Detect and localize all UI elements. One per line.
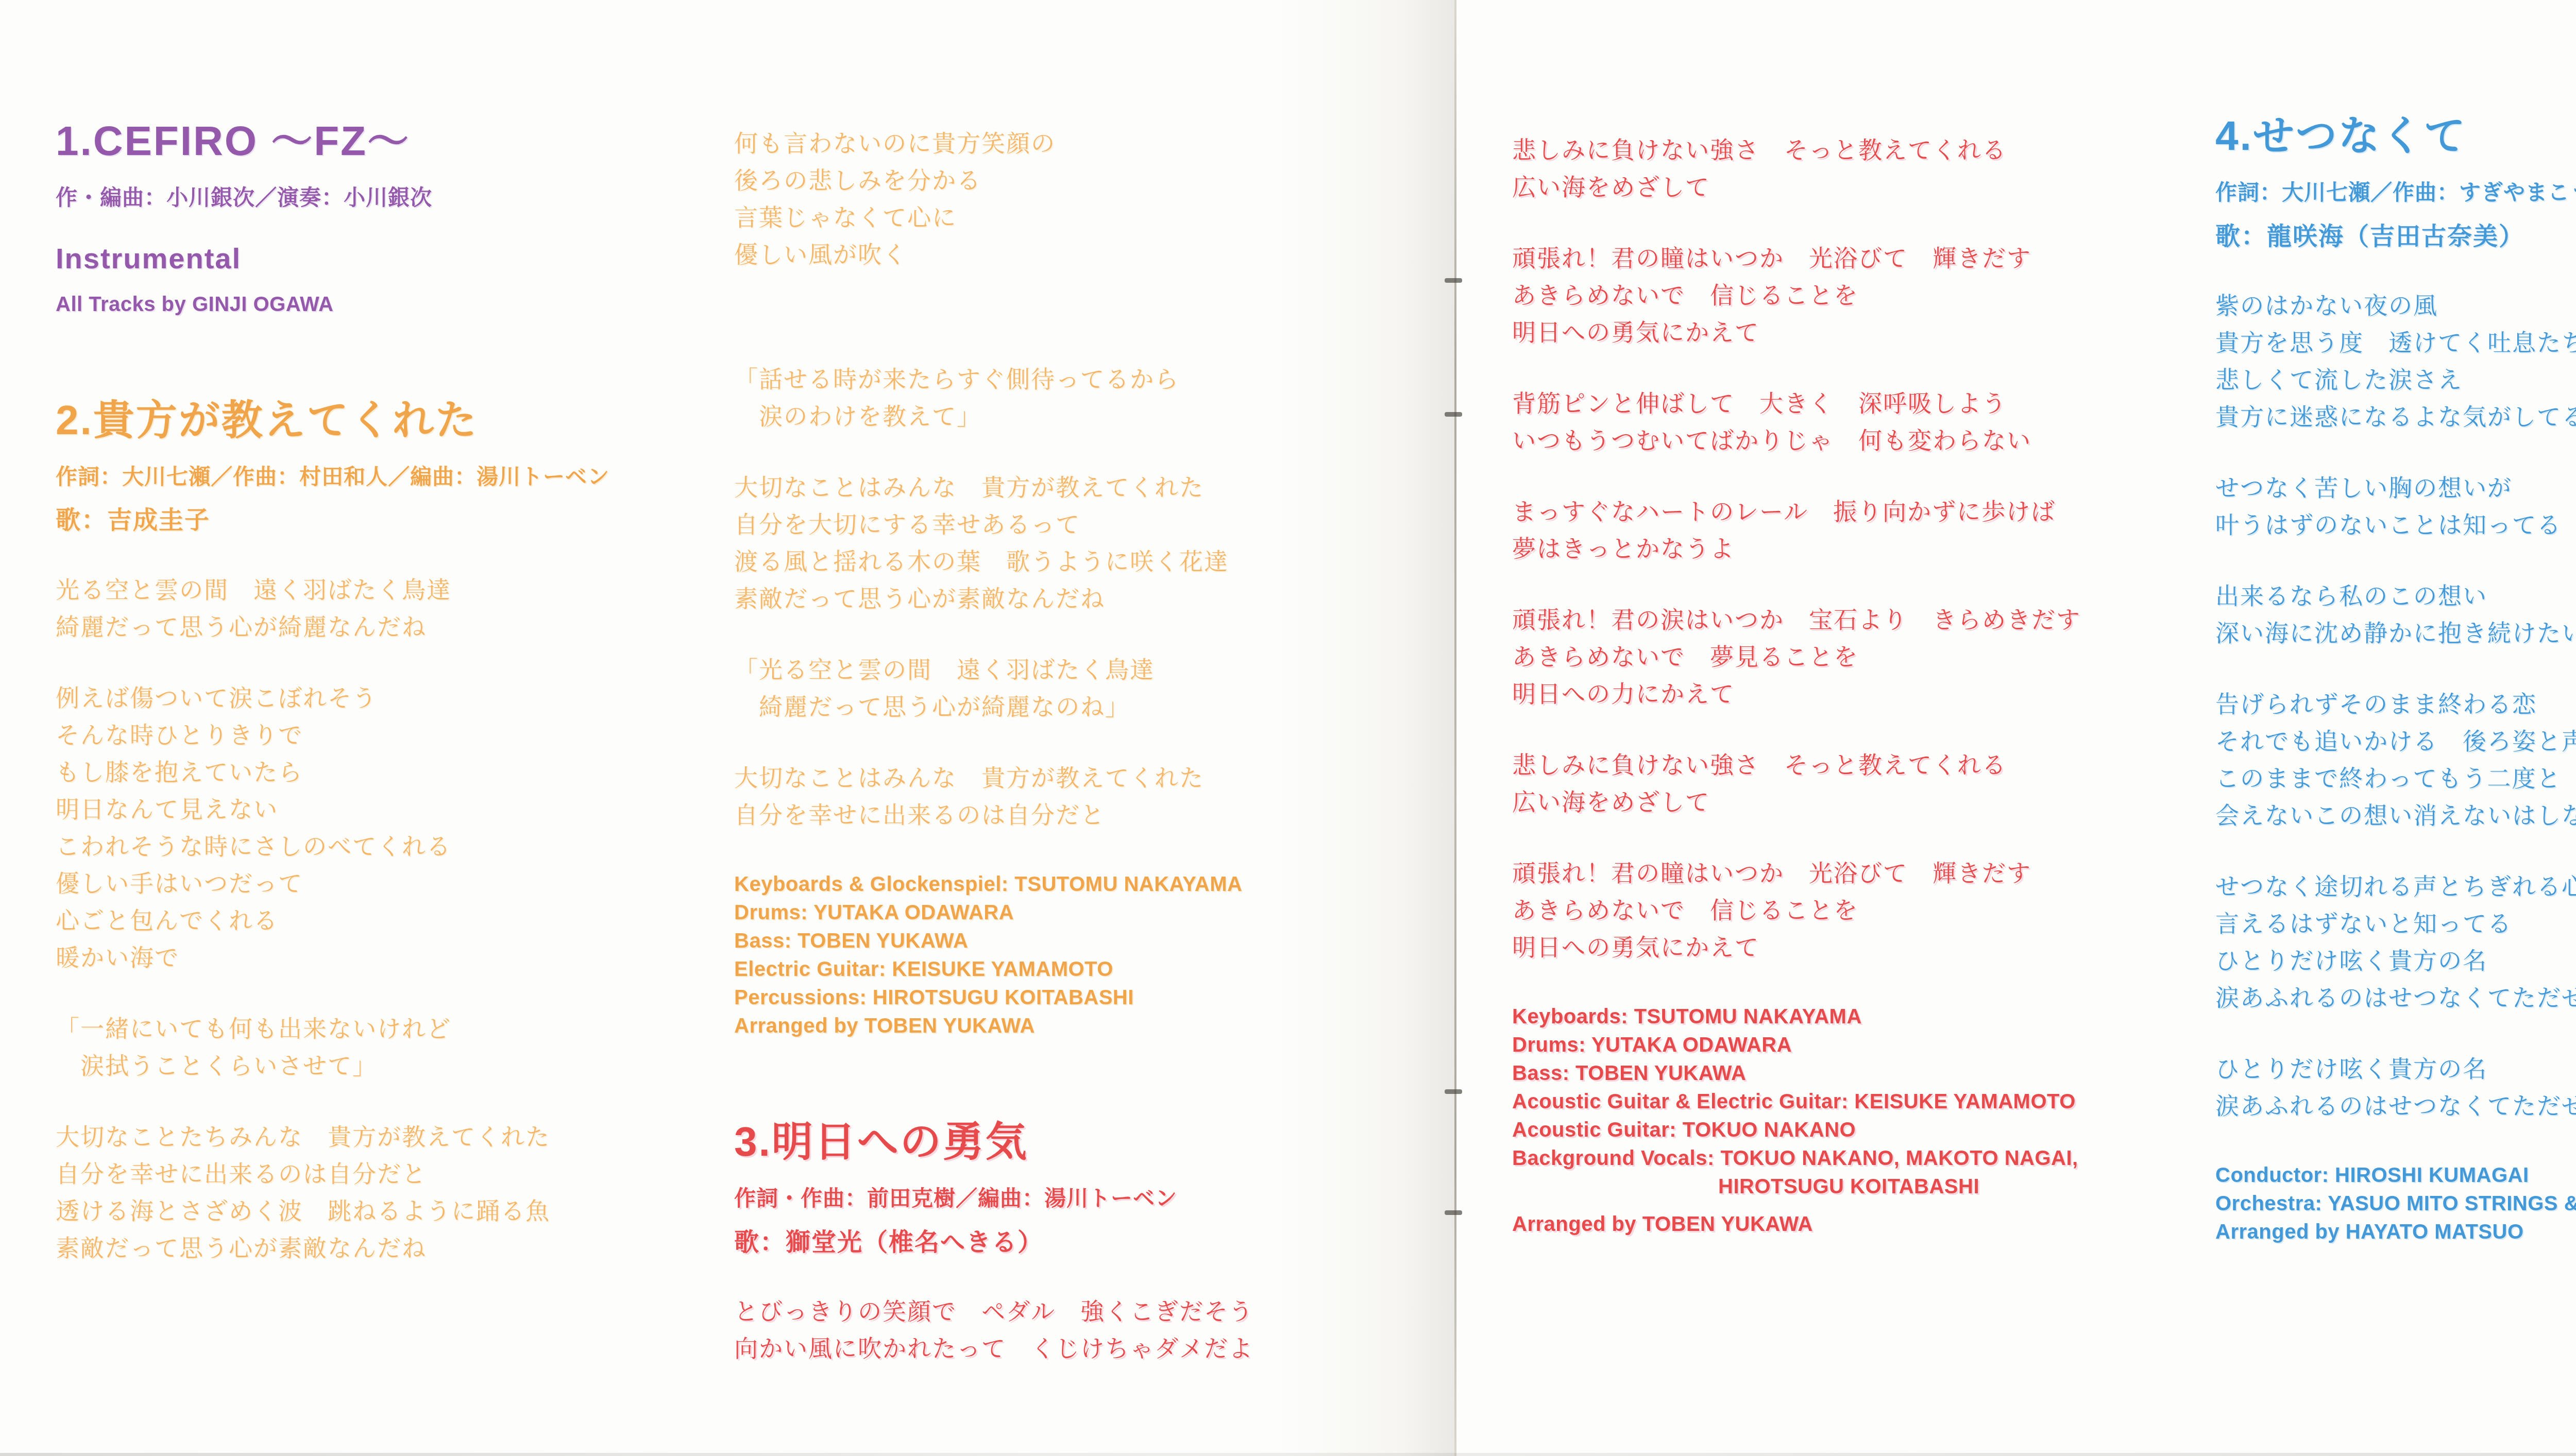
lyric-line: 後ろの悲しみを分かる bbox=[734, 162, 1414, 199]
vocal-credit: 歌：龍咲海（吉田古奈美） bbox=[2215, 221, 2576, 253]
booklet-spread: 1.CEFIRO ～FZ～作・編曲：小川銀次／演奏：小川銀次Instrument… bbox=[0, 0, 2576, 1456]
lyrics-stanza: 何も言わないのに貴方笑顔の後ろの悲しみを分かる言葉じゃなくて心に優しい風が吹く bbox=[734, 125, 1414, 273]
lyrics-stanza: 出来るなら私のこの想い深い海に沈め静かに抱き続けたい bbox=[2215, 577, 2576, 652]
lyric-line: 渡る風と揺れる木の葉 歌うように咲く花達 bbox=[734, 543, 1414, 580]
lyric-line: 紫のはかない夜の風 bbox=[2215, 287, 2576, 324]
musician-credits: Keyboards & Glockenspiel: TSUTOMU NAKAYA… bbox=[734, 870, 1414, 1040]
lyric-line: 頑張れ！君の瞳はいつか 光浴びて 輝きだす bbox=[1512, 854, 2244, 892]
lyric-line: 深い海に沈め静かに抱き続けたい bbox=[2215, 614, 2576, 652]
lyric-line: 自分を幸せに出来るのは自分だと bbox=[56, 1155, 725, 1192]
booklet-fold bbox=[1454, 0, 1456, 1456]
lyrics-stanza: 大切なことたちみんな 貴方が教えてくれた自分を幸せに出来るのは自分だと透ける海と… bbox=[56, 1118, 725, 1266]
lyrics-stanza: 頑張れ！君の瞳はいつか 光浴びて 輝きだすあきらめないで 信じることを明日への勇… bbox=[1512, 854, 2244, 966]
lyric-line: 光る空と雲の間 遠く羽ばたく鳥達 bbox=[56, 571, 725, 608]
credit-line: Percussions: HIROTSUGU KOITABASHI bbox=[734, 984, 1414, 1012]
lyrics-column-4: 4.せつなくて作詞：大川七瀬／作曲：すぎやまこういち／編曲：松尾早人歌：龍咲海（… bbox=[2215, 109, 2576, 1246]
lyric-line: それでも追いかける 後ろ姿と声 bbox=[2215, 723, 2576, 760]
lyric-line: 透ける海とさざめく波 跳ねるように踊る魚 bbox=[56, 1192, 725, 1229]
lyric-line: 広い海をめざして bbox=[1512, 168, 2244, 205]
lyrics-stanza: 「一緒にいても何も出来ないけれど 涙拭うことくらいさせて」 bbox=[56, 1010, 725, 1084]
lyric-line: このままで終わってもう二度と bbox=[2215, 760, 2576, 797]
lyrics-stanza: 告げられずそのまま終わる恋それでも追いかける 後ろ姿と声このままで終わってもう二… bbox=[2215, 686, 2576, 834]
credit-line: Bass: TOBEN YUKAWA bbox=[1512, 1059, 2244, 1088]
lyric-line: 明日への勇気にかえて bbox=[1512, 929, 2244, 966]
lyrics-stanza: とびっきりの笑顔で ペダル 強くこぎだそう向かい風に吹かれたって くじけちゃダメ… bbox=[734, 1293, 1414, 1367]
credit-line: Keyboards & Glockenspiel: TSUTOMU NAKAYA… bbox=[734, 870, 1414, 899]
lyric-line: 心ごと包んでくれる bbox=[56, 902, 725, 939]
staple-mark bbox=[1445, 1089, 1462, 1094]
lyric-line: あきらめないで 信じることを bbox=[1512, 892, 2244, 929]
lyrics-stanza: せつなく途切れる声とちぎれる心言えるはずないと知ってるひとりだけ呟く貴方の名涙あ… bbox=[2215, 868, 2576, 1016]
credit-line: Arranged by HAYATO MATSUO bbox=[2215, 1218, 2576, 1246]
lyrics-stanza: 紫のはかない夜の風貴方を思う度 透けてく吐息たち悲しくて流した涙さえ貴方に迷惑に… bbox=[2215, 287, 2576, 435]
lyrics-stanza: 頑張れ！君の瞳はいつか 光浴びて 輝きだすあきらめないで 信じることを明日への勇… bbox=[1512, 239, 2244, 351]
lyric-line: 優しい手はいつだって bbox=[56, 865, 725, 902]
song-title: 1.CEFIRO ～FZ～ bbox=[56, 114, 725, 168]
lyric-line: こわれそうな時にさしのべてくれる bbox=[56, 828, 725, 865]
lyric-line: 涙拭うことくらいさせて」 bbox=[56, 1047, 725, 1084]
lyric-line: 明日への力にかえて bbox=[1512, 675, 2244, 712]
lyrics-stanza: 大切なことはみんな 貴方が教えてくれた自分を大切にする幸せあるって渡る風と揺れる… bbox=[734, 469, 1414, 617]
lyric-line: 素敵だって思う心が素敵なんだね bbox=[734, 580, 1414, 617]
lyric-line: 貴方を思う度 透けてく吐息たち bbox=[2215, 324, 2576, 361]
lyric-line: 優しい風が吹く bbox=[734, 236, 1414, 273]
lyric-line: 涙のわけを教えて」 bbox=[734, 398, 1414, 435]
staple-mark bbox=[1445, 278, 1462, 283]
composer-credit: 作詞：大川七瀬／作曲：すぎやまこういち／編曲：松尾早人 bbox=[2215, 178, 2576, 208]
lyrics-stanza: 悲しみに負けない強さ そっと教えてくれる広い海をめざして bbox=[1512, 131, 2244, 205]
lyric-line: 悲しみに負けない強さ そっと教えてくれる bbox=[1512, 131, 2244, 168]
lyrics-stanza: 背筋ピンと伸ばして 大きく 深呼吸しよういつもうつむいてばかりじゃ 何も変わらな… bbox=[1512, 385, 2244, 459]
lyric-line: 向かい風に吹かれたって くじけちゃダメだよ bbox=[734, 1330, 1414, 1367]
composer-credit: 作詞：大川七瀬／作曲：村田和人／編曲：湯川トーベン bbox=[56, 463, 725, 492]
lyric-line: とびっきりの笑顔で ペダル 強くこぎだそう bbox=[734, 1293, 1414, 1330]
song-title: 4.せつなくて bbox=[2215, 109, 2576, 163]
lyric-line: 大切なことはみんな 貴方が教えてくれた bbox=[734, 469, 1414, 506]
lyric-line: 綺麗だって思う心が綺麗なんだね bbox=[56, 608, 725, 645]
lyric-line: 出来るなら私のこの想い bbox=[2215, 577, 2576, 614]
lyric-line: いつもうつむいてばかりじゃ 何も変わらない bbox=[1512, 422, 2244, 459]
lyric-line: 明日なんて見えない bbox=[56, 791, 725, 828]
lyric-line: 「光る空と雲の間 遠く羽ばたく鳥達 bbox=[734, 651, 1414, 688]
lyric-line: ひとりだけ呟く貴方の名 bbox=[2215, 942, 2576, 979]
credit-line: Acoustic Guitar: TOKUO NAKANO bbox=[1512, 1116, 2244, 1144]
lyric-line: 大切なことはみんな 貴方が教えてくれた bbox=[734, 759, 1414, 796]
lyrics-stanza: 例えば傷ついて涙こぼれそうそんな時ひとりきりでもし膝を抱えていたら明日なんて見え… bbox=[56, 679, 725, 976]
lyric-line: もし膝を抱えていたら bbox=[56, 753, 725, 791]
lyric-line: ひとりだけ呟く貴方の名 bbox=[2215, 1050, 2576, 1087]
credit-line: Electric Guitar: KEISUKE YAMAMOTO bbox=[734, 955, 1414, 984]
scan-edge bbox=[0, 1453, 2576, 1456]
lyric-line: せつなく苦しい胸の想いが bbox=[2215, 469, 2576, 506]
musician-credits: All Tracks by GINJI OGAWA bbox=[56, 290, 725, 319]
lyrics-stanza: 悲しみに負けない強さ そっと教えてくれる広い海をめざして bbox=[1512, 746, 2244, 820]
staple-mark bbox=[1445, 1210, 1462, 1215]
song-title: 2.貴方が教えてくれた bbox=[56, 393, 725, 447]
lyric-line: 例えば傷ついて涙こぼれそう bbox=[56, 679, 725, 716]
credit-line: Conductor: HIROSHI KUMAGAI bbox=[2215, 1161, 2576, 1190]
lyric-line: あきらめないで 夢見ることを bbox=[1512, 638, 2244, 675]
musician-credits: Conductor: HIROSHI KUMAGAIOrchestra: YAS… bbox=[2215, 1161, 2576, 1246]
lyric-line: 悲しくて流した涙さえ bbox=[2215, 361, 2576, 398]
lyric-line: 言えるはずないと知ってる bbox=[2215, 905, 2576, 942]
lyric-line: 広い海をめざして bbox=[1512, 783, 2244, 820]
lyrics-column-3: 悲しみに負けない強さ そっと教えてくれる広い海をめざして頑張れ！君の瞳はいつか … bbox=[1512, 131, 2244, 1239]
credit-line: Drums: YUTAKA ODAWARA bbox=[1512, 1031, 2244, 1059]
composer-credit: 作・編曲：小川銀次／演奏：小川銀次 bbox=[56, 183, 725, 213]
song-title: 3.明日への勇気 bbox=[734, 1115, 1414, 1169]
lyrics-stanza: 大切なことはみんな 貴方が教えてくれた自分を幸せに出来るのは自分だと bbox=[734, 759, 1414, 833]
lyric-line: 頑張れ！君の瞳はいつか 光浴びて 輝きだす bbox=[1512, 239, 2244, 277]
credit-line: Arranged by TOBEN YUKAWA bbox=[1512, 1210, 2244, 1239]
lyrics-stanza: 「話せる時が来たらすぐ側待ってるから 涙のわけを教えて」 bbox=[734, 361, 1414, 435]
composer-credit: 作詞・作曲：前田克樹／編曲：湯川トーベン bbox=[734, 1184, 1414, 1213]
lyrics-stanza: まっすぐなハートのレール 振り向かずに歩けば夢はきっとかなうよ bbox=[1512, 493, 2244, 567]
lyric-line: 言葉じゃなくて心に bbox=[734, 199, 1414, 236]
musician-credits: Arranged by TOBEN YUKAWA bbox=[1512, 1210, 2244, 1239]
lyrics-stanza: 頑張れ！君の涙はいつか 宝石より きらめきだすあきらめないで 夢見ることを明日へ… bbox=[1512, 601, 2244, 712]
lyrics-stanza: 「光る空と雲の間 遠く羽ばたく鳥達 綺麗だって思う心が綺麗なのね」 bbox=[734, 651, 1414, 725]
lyric-line: 涙あふれるのはせつなくてただせつなくて bbox=[2215, 979, 2576, 1016]
lyric-line: 綺麗だって思う心が綺麗なのね」 bbox=[734, 688, 1414, 725]
lyric-line: 会えないこの想い消えないはしないけれども bbox=[2215, 797, 2576, 834]
lyric-line: 暖かい海で bbox=[56, 939, 725, 976]
credit-line: Bass: TOBEN YUKAWA bbox=[734, 927, 1414, 955]
lyric-line: 何も言わないのに貴方笑顔の bbox=[734, 125, 1414, 162]
musician-credits: Keyboards: TSUTOMU NAKAYAMADrums: YUTAKA… bbox=[1512, 1003, 2244, 1201]
lyric-line: せつなく途切れる声とちぎれる心 bbox=[2215, 868, 2576, 905]
staple-mark bbox=[1445, 412, 1462, 417]
lyrics-stanza: せつなく苦しい胸の想いが叶うはずのないことは知ってる bbox=[2215, 469, 2576, 543]
lyrics-column-2: 何も言わないのに貴方笑顔の後ろの悲しみを分かる言葉じゃなくて心に優しい風が吹く「… bbox=[734, 125, 1414, 1367]
lyric-line: 「一緒にいても何も出来ないけれど bbox=[56, 1010, 725, 1047]
lyrics-stanza: 光る空と雲の間 遠く羽ばたく鳥達綺麗だって思う心が綺麗なんだね bbox=[56, 571, 725, 645]
lyric-line: まっすぐなハートのレール 振り向かずに歩けば bbox=[1512, 493, 2244, 530]
credit-line: All Tracks by GINJI OGAWA bbox=[56, 290, 725, 319]
credit-line: Drums: YUTAKA ODAWARA bbox=[734, 899, 1414, 927]
lyric-line: 「話せる時が来たらすぐ側待ってるから bbox=[734, 361, 1414, 398]
lyric-line: 夢はきっとかなうよ bbox=[1512, 530, 2244, 567]
lyric-line: 涙あふれるのはせつなくてただせつなくて bbox=[2215, 1087, 2576, 1124]
credit-line: Orchestra: YASUO MITO STRINGS & RAYEARTH… bbox=[2215, 1190, 2576, 1218]
vocal-credit: 歌：吉成圭子 bbox=[56, 505, 725, 537]
lyric-line: 自分を幸せに出来るのは自分だと bbox=[734, 796, 1414, 833]
lyric-line: そんな時ひとりきりで bbox=[56, 716, 725, 753]
lyric-line: 貴方に迷惑になるよな気がしてるの bbox=[2215, 398, 2576, 435]
credit-line: HIROTSUGU KOITABASHI bbox=[1512, 1173, 2244, 1201]
lyrics-column-1: 1.CEFIRO ～FZ～作・編曲：小川銀次／演奏：小川銀次Instrument… bbox=[56, 114, 725, 1266]
lyrics-stanza: ひとりだけ呟く貴方の名涙あふれるのはせつなくてただせつなくて bbox=[2215, 1050, 2576, 1124]
instrumental-note: Instrumental bbox=[56, 242, 725, 275]
credit-line: Keyboards: TSUTOMU NAKAYAMA bbox=[1512, 1003, 2244, 1031]
lyric-line: 大切なことたちみんな 貴方が教えてくれた bbox=[56, 1118, 725, 1155]
lyric-line: 素敵だって思う心が素敵なんだね bbox=[56, 1229, 725, 1266]
vocal-credit: 歌：獅堂光（椎名へきる） bbox=[734, 1227, 1414, 1259]
lyric-line: 背筋ピンと伸ばして 大きく 深呼吸しよう bbox=[1512, 385, 2244, 422]
lyric-line: 告げられずそのまま終わる恋 bbox=[2215, 686, 2576, 723]
credit-line: Background Vocals: TOKUO NAKANO, MAKOTO … bbox=[1512, 1144, 2244, 1173]
lyric-line: あきらめないで 信じることを bbox=[1512, 277, 2244, 314]
lyric-line: 自分を大切にする幸せあるって bbox=[734, 506, 1414, 543]
lyric-line: 叶うはずのないことは知ってる bbox=[2215, 506, 2576, 543]
credit-line: Arranged by TOBEN YUKAWA bbox=[734, 1012, 1414, 1040]
credit-line: Acoustic Guitar & Electric Guitar: KEISU… bbox=[1512, 1088, 2244, 1116]
lyric-line: 悲しみに負けない強さ そっと教えてくれる bbox=[1512, 746, 2244, 783]
lyric-line: 明日への勇気にかえて bbox=[1512, 314, 2244, 351]
lyric-line: 頑張れ！君の涙はいつか 宝石より きらめきだす bbox=[1512, 601, 2244, 638]
